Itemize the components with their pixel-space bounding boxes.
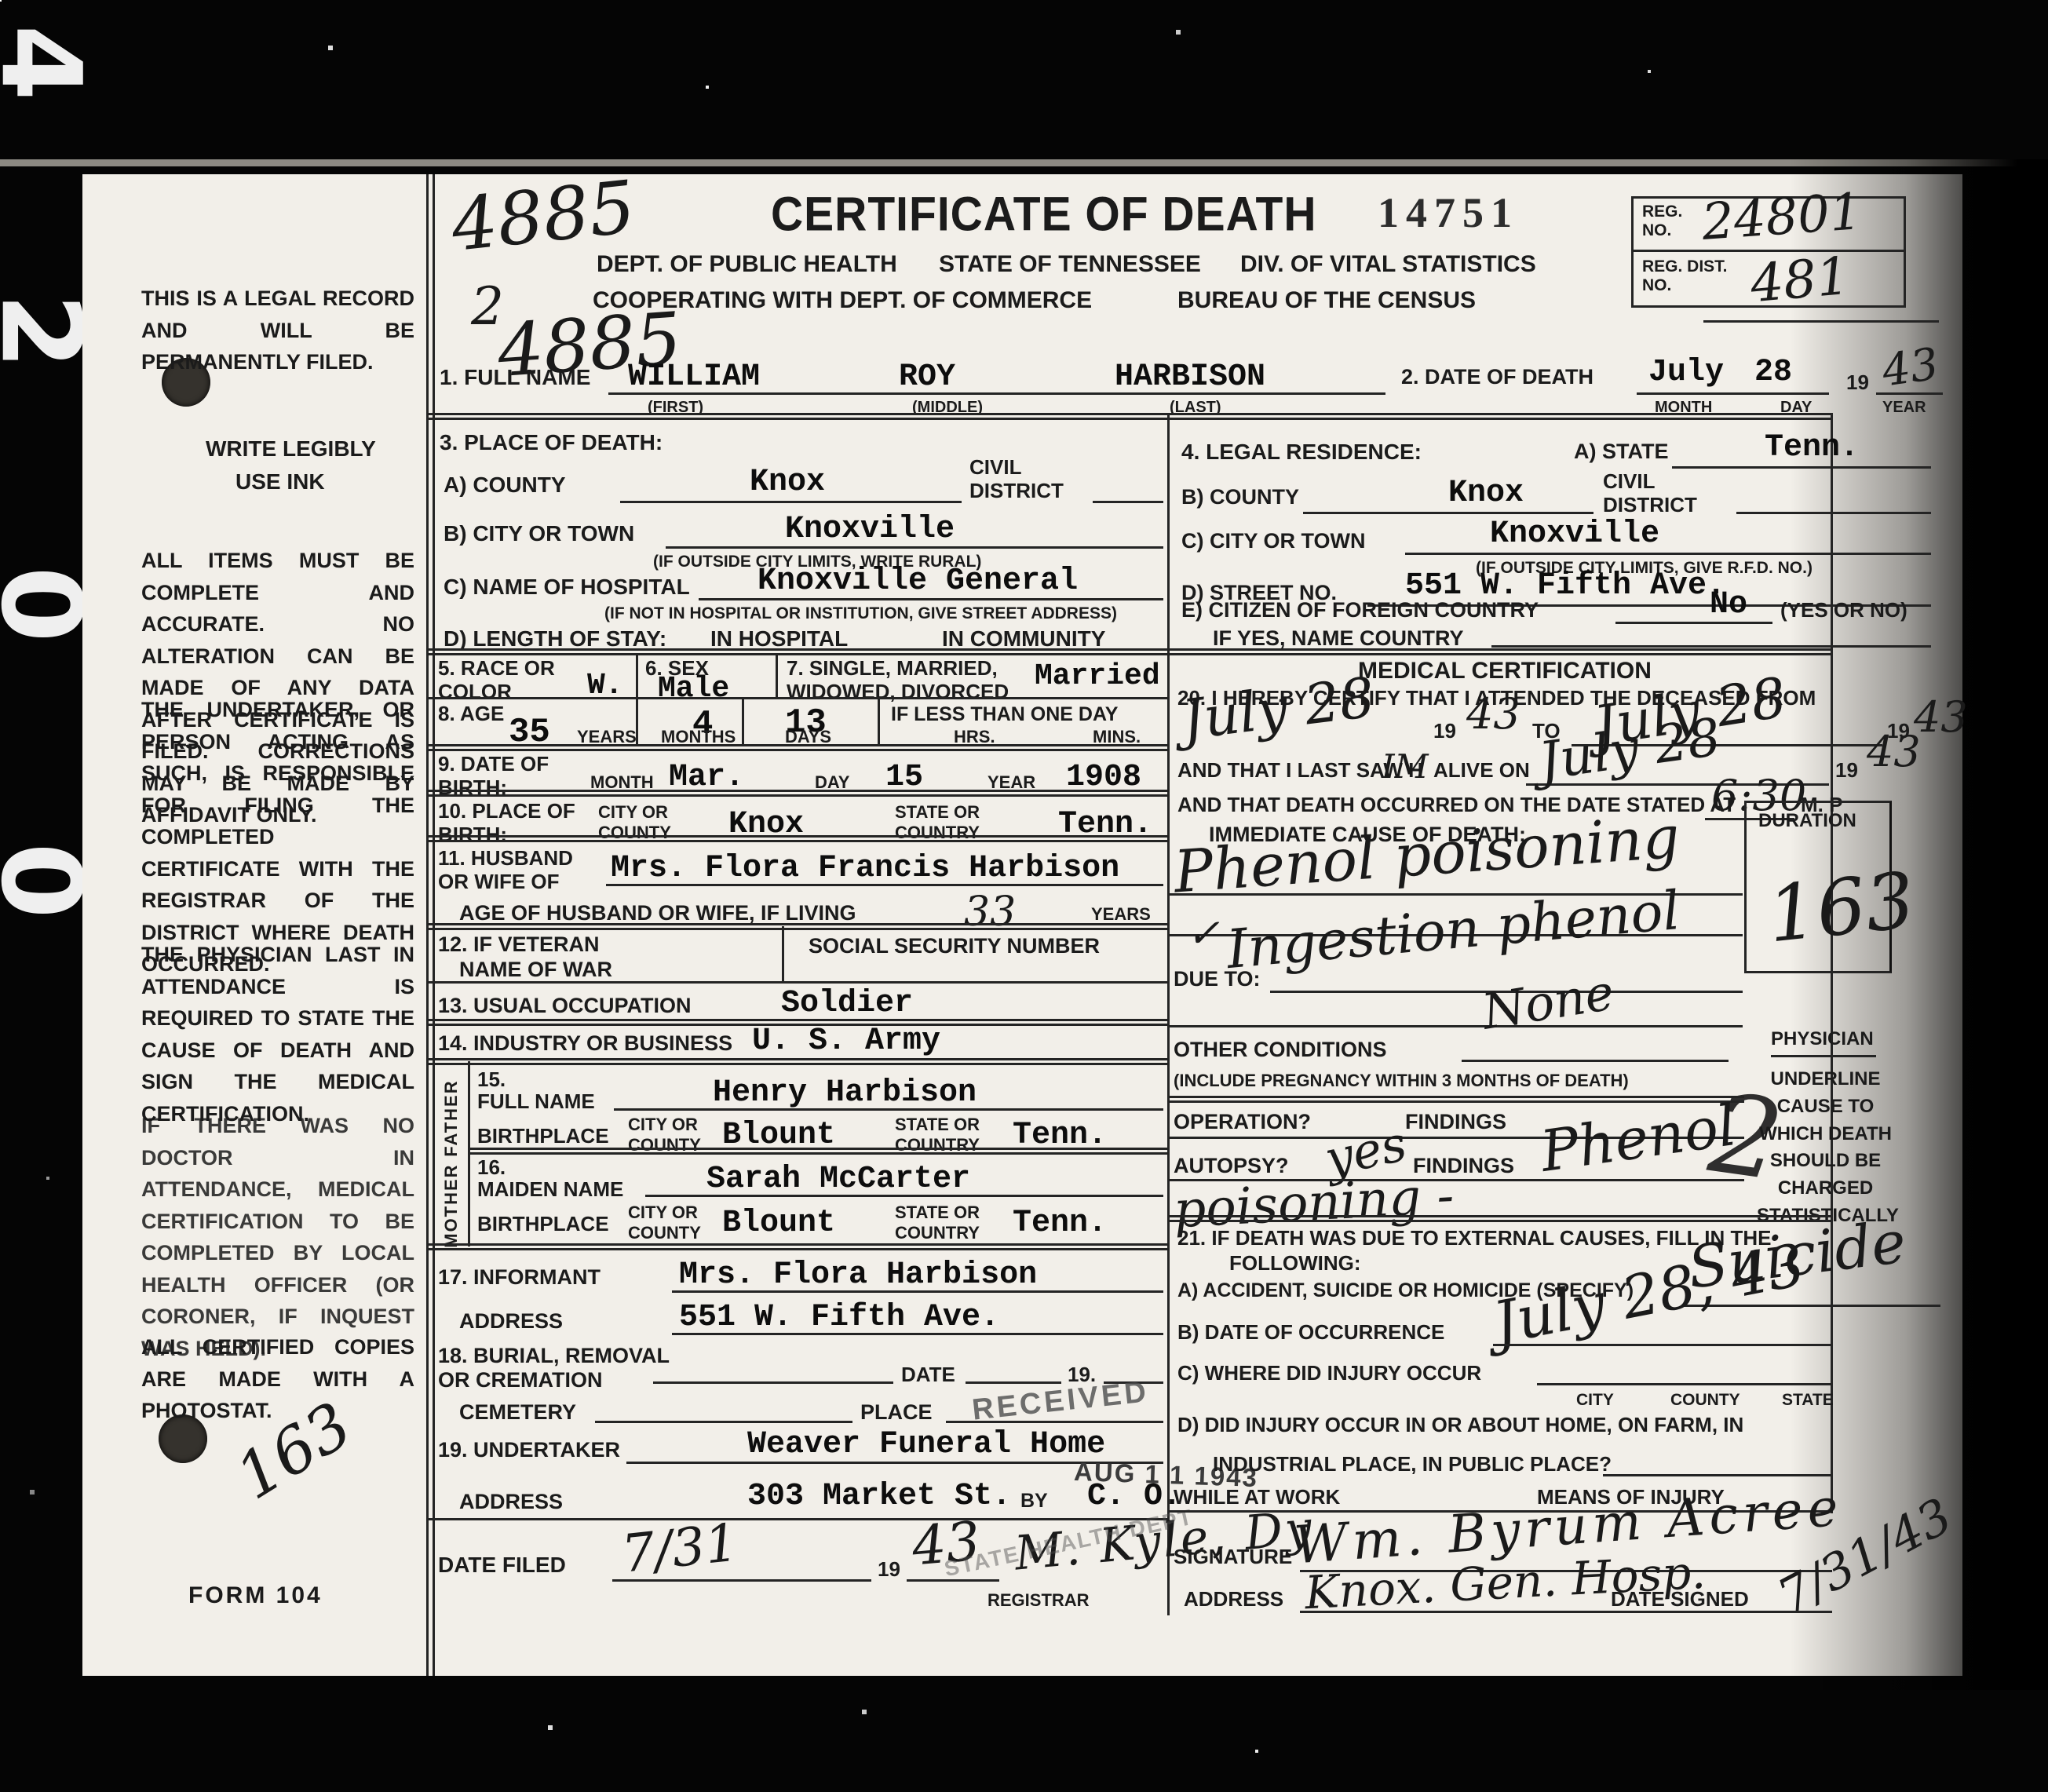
rule [645, 1195, 1163, 1197]
rule [1736, 512, 1931, 514]
rule [699, 598, 1163, 600]
rule [428, 1518, 1167, 1520]
father-name-value: Henry Harbison [713, 1075, 977, 1111]
cemetery-label: CEMETERY [459, 1400, 576, 1425]
due-to-label: DUE TO: [1174, 967, 1261, 991]
informant-value: Mrs. Flora Harbison [679, 1257, 1037, 1293]
mother-num: 16. [477, 1155, 506, 1179]
lr-county-label: B) COUNTY [1181, 485, 1299, 509]
rule [428, 835, 1167, 842]
pod-civil-district-label: CIVIL DISTRICT [969, 455, 1064, 502]
margin-photostat-note: ALL CERTIFIED COPIES ARE MADE WITH A PHO… [141, 1331, 414, 1427]
undertaker-by-label: BY [1020, 1490, 1048, 1513]
place-of-death-heading: 3. PLACE OF DEATH: [440, 430, 663, 455]
stamped-certificate-number: 14751 [1378, 188, 1519, 237]
lr-state-value: Tenn. [1765, 430, 1859, 465]
occupation-value: Soldier [781, 986, 913, 1021]
full-name-label: 1. FULL NAME [440, 365, 590, 390]
rule [776, 653, 778, 697]
rule [428, 981, 1167, 984]
medical-certification-heading: MEDICAL CERTIFICATION [1358, 658, 1652, 685]
rule [428, 648, 1833, 655]
date-of-death-year-print: 19 [1846, 370, 1869, 394]
veteran-war-label: NAME OF WAR [459, 958, 612, 982]
lr-citizen-label: E) CITIZEN OF FOREIGN COUNTRY [1181, 598, 1539, 622]
med-im-hw: IM [1382, 747, 1429, 786]
rule [428, 1243, 1167, 1250]
cemetery-place-label: PLACE [860, 1400, 933, 1425]
date-signed-label: DATE SIGNED [1611, 1587, 1749, 1611]
date-filed-year-print: 19 [878, 1557, 900, 1581]
rule [1170, 1025, 1743, 1027]
physician-sidebar-title: PHYSICIAN [1771, 1028, 1874, 1050]
film-edge-digit: 0 [0, 566, 95, 642]
header-state: STATE OF TENNESSEE [939, 251, 1201, 279]
film-edge-digit: 4 [0, 24, 95, 100]
occupation-label: 13. USUAL OCCUPATION [438, 994, 692, 1018]
where-injury-label: C) WHERE DID INJURY OCCUR [1177, 1361, 1481, 1385]
med-to-year-hw: 43 [1914, 692, 1968, 742]
reg-dist-label: REG. DIST. NO. [1642, 257, 1728, 296]
reg-no-value: 24801 [1700, 183, 1864, 252]
pod-county-label: A) COUNTY [444, 473, 566, 498]
duration-value-hw: 163 [1764, 856, 1919, 961]
med-line2b: ALIVE ON [1433, 758, 1530, 782]
rule [1537, 1383, 1832, 1385]
informant-address-label: ADDRESS [459, 1309, 563, 1334]
scanned-death-certificate: 4 2 0 0 THIS IS A LEGAL RECORD AND WILL … [0, 0, 2048, 1792]
header-division: DIV. OF VITAL STATISTICS [1240, 251, 1536, 279]
rule [782, 926, 784, 981]
mother-bp-city-value: Blount [722, 1206, 835, 1241]
pod-hospital-note: (IF NOT IN HOSPITAL OR INSTITUTION, GIVE… [604, 604, 1117, 623]
spouse-years-label: YEARS [1091, 904, 1151, 925]
external-causes-heading1: 21. IF DEATH WAS DUE TO EXTERNAL CAUSES,… [1177, 1226, 1772, 1250]
sub-year: YEAR [1882, 399, 1926, 417]
autopsy-label: AUTOPSY? [1174, 1154, 1289, 1178]
rule [636, 653, 638, 697]
full-name-first: WILLIAM [628, 359, 760, 395]
med-from-year-print: 19 [1433, 719, 1456, 743]
rule [1405, 553, 1931, 555]
column-divider [1167, 414, 1170, 1615]
rule [1300, 1611, 1832, 1613]
father-num: 15. [477, 1068, 506, 1091]
dust-speckles [0, 0, 2, 2]
rule [878, 699, 880, 746]
rule [1703, 320, 1939, 323]
date-of-death-month: July [1648, 355, 1724, 390]
rule [966, 1381, 1061, 1384]
informant-address-value: 551 W. Fifth Ave. [679, 1300, 999, 1335]
mother-bp-city-label: CITY OR COUNTY [628, 1203, 701, 1243]
margin-use-ink: USE INK [235, 469, 325, 495]
film-edge-digit: 2 [0, 293, 95, 369]
rule [428, 923, 1167, 930]
rule [1637, 392, 1829, 395]
reg-dist-value: 481 [1748, 246, 1852, 315]
film-edge-digit: 0 [0, 842, 95, 918]
margin-no-doctor-note: IF THERE WAS NO DOCTOR IN ATTENDANCE, ME… [141, 1110, 414, 1364]
rule [1093, 501, 1163, 503]
rule [606, 884, 1163, 886]
physician-address-label: ADDRESS [1184, 1587, 1283, 1611]
duration-label: DURATION [1758, 810, 1856, 832]
mother-side-label: MOTHER [441, 1146, 462, 1248]
rule [620, 501, 962, 503]
mother-bp-state-value: Tenn. [1013, 1206, 1107, 1241]
rule [428, 744, 1167, 751]
injury-home-label2: INDUSTRIAL PLACE, IN PUBLIC PLACE? [1213, 1452, 1612, 1476]
date-of-death-label: 2. DATE OF DEATH [1401, 365, 1593, 389]
full-name-last: HARBISON [1115, 359, 1265, 395]
margin-legal-note: THIS IS A LEGAL RECORD AND WILL BE PERMA… [141, 283, 414, 378]
pod-hospital-value: Knoxville General [758, 564, 1078, 599]
rule [595, 1421, 852, 1423]
rule [672, 1333, 1163, 1335]
injury-county-label: COUNTY [1670, 1391, 1740, 1410]
injury-city-label: CITY [1576, 1391, 1614, 1410]
rule [468, 1148, 1167, 1155]
rule [666, 546, 1163, 549]
reg-no-label: REG. NO. [1642, 203, 1682, 241]
industry-value: U. S. Army [752, 1024, 940, 1059]
registrar-label: REGISTRAR [987, 1590, 1090, 1611]
while-at-work-label: WHILE AT WORK [1174, 1485, 1340, 1509]
signature-label: SIGNATURE [1174, 1545, 1292, 1568]
lr-civil-district-label: CIVIL DISTRICT [1603, 469, 1697, 516]
pod-city-value: Knoxville [785, 512, 955, 547]
lr-state-label: A) STATE [1574, 440, 1669, 464]
ssn-label: SOCIAL SECURITY NUMBER [809, 934, 1100, 958]
other-conditions-label: OTHER CONDITIONS [1174, 1038, 1387, 1062]
rule [614, 1108, 1163, 1111]
margin-write-legibly: WRITE LEGIBLY [206, 436, 376, 462]
rule [1771, 1055, 1876, 1057]
header-bureau: BUREAU OF THE CENSUS [1177, 287, 1476, 315]
rule [612, 1579, 871, 1582]
med-from-year-hw: 43 [1466, 689, 1520, 739]
date-occurrence-label: B) DATE OF OCCURRENCE [1177, 1320, 1444, 1344]
scan-streak [0, 159, 2048, 166]
date-filed-hw: 7/31 [619, 1512, 740, 1584]
industry-label: 14. INDUSTRY OR BUSINESS [438, 1031, 732, 1056]
med-last-year-print: 19 [1835, 758, 1858, 782]
marital-value: Married [1035, 659, 1160, 693]
undertaker-value: Weaver Funeral Home [747, 1427, 1105, 1462]
rule [653, 1381, 893, 1384]
form-number: FORM 104 [188, 1582, 323, 1610]
margin-undertaker-note: THE UNDERTAKER, OR PERSON ACTING AS SUCH… [141, 694, 414, 980]
external-causes-heading2: FOLLOWING: [1229, 1251, 1361, 1275]
age-label: 8. AGE [438, 702, 504, 725]
header-cooperating: COOPERATING WITH DEPT. OF COMMERCE [593, 287, 1092, 315]
pod-hospital-label: C) NAME OF HOSPITAL [444, 575, 690, 600]
father-name-label: FULL NAME [477, 1089, 595, 1113]
veteran-label: 12. IF VETERAN [438, 932, 600, 957]
rule [1170, 1215, 1833, 1222]
mother-name-label: MAIDEN NAME [477, 1177, 623, 1201]
father-birthplace-label: BIRTHPLACE [477, 1124, 609, 1148]
undertaker-label: 19. UNDERTAKER [438, 1438, 620, 1462]
legal-residence-heading: 4. LEGAL RESIDENCE: [1181, 440, 1422, 465]
operation-label: OPERATION? [1174, 1110, 1311, 1134]
rule [428, 790, 1167, 797]
certificate-title: CERTIFICATE OF DEATH [771, 186, 1317, 242]
date-filed-label: DATE FILED [438, 1553, 566, 1578]
mother-birthplace-label: BIRTHPLACE [477, 1212, 609, 1235]
undertaker-address-value: 303 Market St. [747, 1479, 1011, 1514]
father-side-label: FATHER [441, 1055, 462, 1157]
spouse-label: 11. HUSBAND OR WIFE OF [438, 846, 573, 893]
spouse-age-label: AGE OF HUSBAND OR WIFE, IF LIVING [459, 901, 856, 925]
margin-physician-note: THE PHYSICIAN LAST IN ATTENDANCE IS REQU… [141, 939, 414, 1130]
lr-citizen-value: No [1710, 587, 1747, 622]
mother-name-value: Sarah McCarter [706, 1162, 970, 1197]
mother-bp-state-label: STATE OR COUNTRY [895, 1203, 980, 1243]
full-name-middle: ROY [899, 359, 955, 395]
rule [428, 697, 1167, 699]
spouse-value: Mrs. Flora Francis Harbison [611, 851, 1119, 886]
rule [1462, 1060, 1729, 1062]
operation-findings-label: FINDINGS [1405, 1110, 1506, 1134]
rule [1672, 466, 1931, 469]
undertaker-address-label: ADDRESS [459, 1490, 563, 1514]
lr-citizen-note: (YES OR NO) [1780, 598, 1907, 622]
rule [1615, 622, 1772, 624]
rule [1491, 645, 1931, 648]
lr-county-value: Knox [1448, 476, 1524, 511]
pod-county-value: Knox [750, 465, 825, 500]
other-conditions-note: (INCLUDE PREGNANCY WITHIN 3 MONTHS OF DE… [1174, 1071, 1629, 1091]
age-less-label: IF LESS THAN ONE DAY [891, 703, 1118, 726]
rule [1493, 1344, 1832, 1346]
burial-label: 18. BURIAL, REMOVAL OR CREMATION [438, 1344, 670, 1393]
rule [742, 699, 744, 746]
rule [1303, 512, 1593, 514]
injury-home-label1: D) DID INJURY OCCUR IN OR ABOUT HOME, ON… [1177, 1413, 1743, 1436]
rule [428, 1058, 1167, 1065]
lr-city-value: Knoxville [1490, 516, 1659, 552]
date-of-death-year-hw: 43 [1879, 338, 1942, 396]
rule [1876, 392, 1943, 395]
burial-date-label: DATE [901, 1363, 955, 1386]
due-to-check: ✓ [1187, 911, 1220, 956]
date-of-death-day: 28 [1754, 355, 1792, 390]
lr-city-label: C) CITY OR TOWN [1181, 529, 1366, 553]
med-last-year-hw: 43 [1867, 727, 1921, 776]
rule [428, 413, 1833, 420]
pod-city-label: B) CITY OR TOWN [444, 521, 634, 546]
injury-state-label: STATE [1782, 1391, 1834, 1410]
sex-value: Male [658, 672, 729, 706]
rule [672, 1290, 1163, 1293]
header-dept: DEPT. OF PUBLIC HEALTH [597, 251, 897, 279]
lr-name-country-label: IF YES, NAME COUNTRY [1213, 626, 1464, 651]
rule [636, 699, 638, 746]
informant-label: 17. INFORMANT [438, 1265, 601, 1290]
rule [1603, 1474, 1831, 1476]
